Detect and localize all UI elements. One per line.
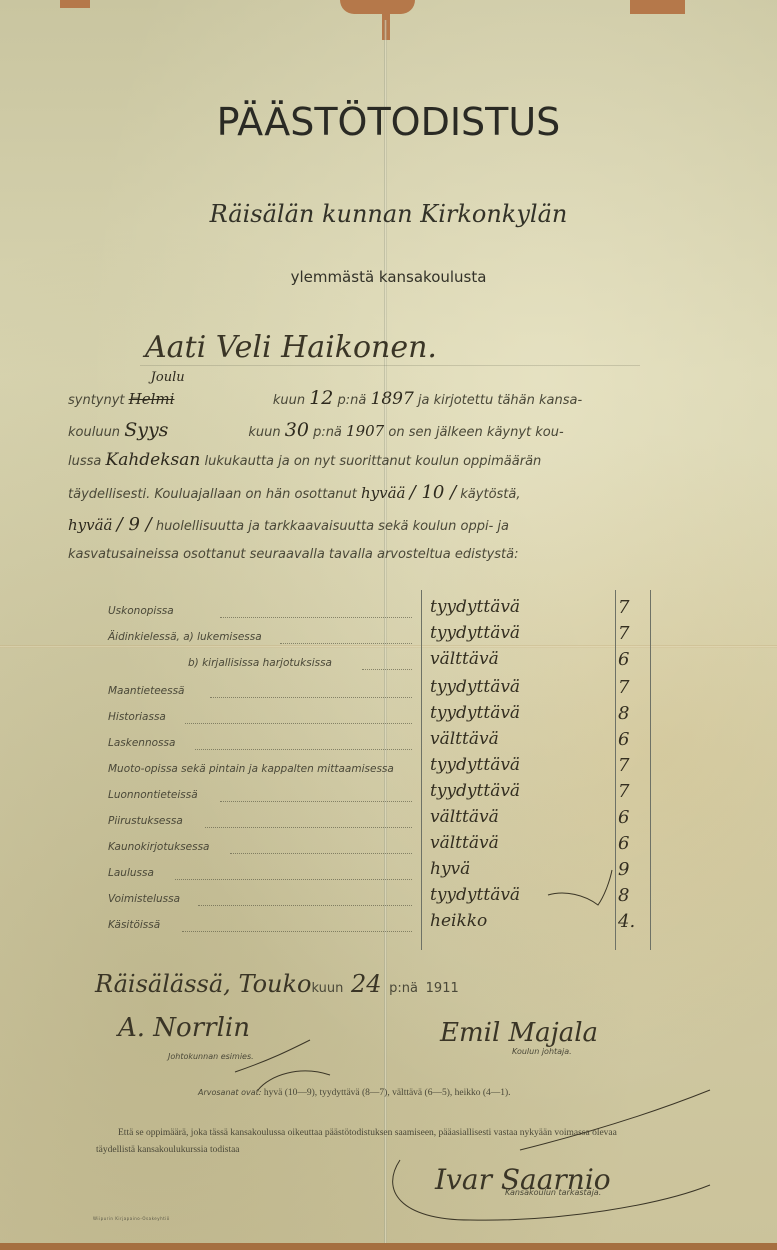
month: Touko xyxy=(238,970,311,998)
years-text: lukukautta ja on nyt suorittanut koulun … xyxy=(205,454,542,469)
born-label: syntynyt xyxy=(68,393,125,408)
grade-row: Muoto-opissa sekä pintain ja kappalten m… xyxy=(100,755,660,781)
grade-row: Historiassa tyydyttävä 8 xyxy=(100,703,660,729)
board-chair-signature: A. Norrlin xyxy=(118,1013,250,1043)
grade-word: tyydyttävä xyxy=(430,781,520,801)
student-name: Aati Veli Haikonen. xyxy=(145,330,437,365)
enroll-month: Syys xyxy=(124,416,244,445)
grade-row: Uskonopissa tyydyttävä 7 xyxy=(100,597,660,623)
torn-edge xyxy=(60,0,90,8)
scale-label: Arvosanat ovat: xyxy=(198,1088,261,1097)
lussa-label: lussa xyxy=(68,454,101,469)
grade-row: Piirustuksessa välttävä 6 xyxy=(100,807,660,833)
grade-number: 6 xyxy=(618,649,629,670)
grade-row: Maantieteessä tyydyttävä 7 xyxy=(100,677,660,703)
paragraph-line-2: kouluun Syys kuun 30 p:nä 1907 on sen jä… xyxy=(68,416,718,447)
kuun-label: kuun xyxy=(273,393,305,408)
dot-leader xyxy=(195,749,412,750)
kuun-label: kuun xyxy=(248,425,280,440)
grade-word: tyydyttävä xyxy=(430,677,520,697)
subject-label: Kaunokirjotuksessa xyxy=(108,841,210,853)
grade-number: 7 xyxy=(618,677,629,698)
dot-leader xyxy=(198,905,412,906)
paragraph-line-3: lussa Kahdeksan lukukautta ja on nyt suo… xyxy=(68,446,718,476)
teacher-signature: Emil Majala xyxy=(440,1018,598,1048)
pna-label: p:nä xyxy=(313,425,342,440)
diligence-label: huolellisuutta ja tarkkaavaisuutta sekä … xyxy=(156,519,509,534)
grade-number: 9 xyxy=(618,859,629,880)
subject-label: Muoto-opissa sekä pintain ja kappalten m… xyxy=(108,763,394,775)
subject-label: Käsitöissä xyxy=(108,919,160,931)
grade-number: 7 xyxy=(618,597,629,618)
grade-row: b) kirjallisissa harjotuksissa välttävä … xyxy=(100,649,660,675)
name-line xyxy=(140,365,640,366)
torn-edge xyxy=(630,0,685,14)
grade-number: 7 xyxy=(618,755,629,776)
after-text: on sen jälkeen käynyt kou- xyxy=(388,425,563,440)
birth-day: 12 xyxy=(309,387,333,409)
years-word: Kahdeksan xyxy=(106,450,201,470)
grade-number: 6 xyxy=(618,833,629,854)
certification-text: Että se oppimäärä, joka tässä kansakoulu… xyxy=(96,1125,656,1159)
paragraph-line-4: täydellisesti. Kouluajallaan on hän osot… xyxy=(68,478,718,509)
grade-word: välttävä xyxy=(430,833,499,853)
birth-month: Joulu xyxy=(151,363,185,392)
grade-row: Voimistelussa tyydyttävä 8 xyxy=(100,885,660,911)
teacher-title: Koulun johtaja. xyxy=(512,1047,572,1056)
place: Räisälässä, xyxy=(95,970,231,998)
bottom-edge xyxy=(0,1243,777,1250)
grade-number: 6 xyxy=(618,729,629,750)
grade-word: välttävä xyxy=(430,649,499,669)
pna-label: p:nä xyxy=(389,981,418,996)
dot-leader xyxy=(362,669,412,670)
place-date: Räisälässä, Toukokuun 24 p:nä 1911 xyxy=(95,970,459,998)
inspector-title: Kansakoulun tarkastaja. xyxy=(505,1188,601,1197)
subject-label: Uskonopissa xyxy=(108,605,174,617)
grade-number: 7 xyxy=(618,623,629,644)
dot-leader xyxy=(220,801,412,802)
conduct-grade-word: hyvää xyxy=(361,484,406,502)
scale-text: hyvä (10—9), tyydyttävä (8—7), välttävä … xyxy=(264,1088,511,1098)
birth-month-field: Helmi Joulu xyxy=(129,385,269,414)
grade-word: tyydyttävä xyxy=(430,623,520,643)
school-type: ylemmästä kansakoulusta xyxy=(0,268,777,286)
birth-year: 1897 xyxy=(371,389,414,409)
paragraph-line-6: kasvatusaineissa osottanut seuraavalla t… xyxy=(68,540,718,569)
birth-month-struck: Helmi xyxy=(129,390,175,408)
grade-number: 7 xyxy=(618,781,629,802)
grade-number: 6 xyxy=(618,807,629,828)
grade-row: Laulussa hyvä 9 xyxy=(100,859,660,885)
dot-leader xyxy=(220,617,412,618)
school-line: Räisälän kunnan Kirkonkylän xyxy=(0,200,777,228)
subject-label: Laskennossa xyxy=(108,737,175,749)
dot-leader xyxy=(210,697,412,698)
printer-mark: Wiipurin Kirjapaino-Osakeyhtiö xyxy=(93,1216,170,1221)
grade-row: Käsitöissä heikko 4. xyxy=(100,911,660,937)
paragraph-line-1: syntynyt Helmi Joulu kuun 12 p:nä 1897 j… xyxy=(68,384,718,414)
enrolled-text: ja kirjotettu tähän kansa- xyxy=(418,393,582,408)
koulun-label: kouluun xyxy=(68,425,120,440)
grade-number: 4. xyxy=(618,911,635,932)
grade-word: välttävä xyxy=(430,729,499,749)
grade-word: välttävä xyxy=(430,807,499,827)
grade-row: Luonnontieteissä tyydyttävä 7 xyxy=(100,781,660,807)
grade-word: hyvä xyxy=(430,859,470,879)
torn-edge xyxy=(340,0,415,14)
dot-leader xyxy=(205,827,412,828)
subject-label: Laulussa xyxy=(108,867,154,879)
board-chair-title: Johtokunnan esimies. xyxy=(168,1052,254,1061)
grade-word: heikko xyxy=(430,911,487,931)
grade-word: tyydyttävä xyxy=(430,703,520,723)
grade-row: Kaunokirjotuksessa välttävä 6 xyxy=(100,833,660,859)
dot-leader xyxy=(182,931,412,932)
grade-word: tyydyttävä xyxy=(430,885,520,905)
complete-text: täydellisesti. Kouluajallaan on hän osot… xyxy=(68,487,357,502)
dot-leader xyxy=(230,853,412,854)
grade-word: tyydyttävä xyxy=(430,597,520,617)
subject-label: Luonnontieteissä xyxy=(108,789,198,801)
enroll-year: 1907 xyxy=(346,422,384,440)
subject-label: Historiassa xyxy=(108,711,166,723)
dot-leader xyxy=(185,723,412,724)
grade-row: Laskennossa välttävä 6 xyxy=(100,729,660,755)
day: 24 xyxy=(351,970,382,998)
subject-label: Maantieteessä xyxy=(108,685,185,697)
pna-label: p:nä xyxy=(338,393,367,408)
subject-label: Äidinkielessä, a) lukemisessa xyxy=(108,631,262,643)
paragraph-line-5: hyvää / 9 / huolellisuutta ja tarkkaavai… xyxy=(68,510,718,541)
dot-leader xyxy=(175,879,412,880)
subject-label: b) kirjallisissa harjotuksissa xyxy=(188,657,332,669)
enroll-day: 30 xyxy=(285,419,309,441)
conduct-grade-num: 10 xyxy=(421,482,444,503)
grade-row: Äidinkielessä, a) lukemisessa tyydyttävä… xyxy=(100,623,660,649)
subject-label: Piirustuksessa xyxy=(108,815,183,827)
grade-number: 8 xyxy=(618,885,629,906)
grade-scale-note: Arvosanat ovat: hyvä (10—9), tyydyttävä … xyxy=(198,1088,511,1098)
document-title: PÄÄSTÖTODISTUS xyxy=(0,100,777,144)
diligence-grade-num: 9 xyxy=(128,514,139,535)
conduct-label: käytöstä, xyxy=(460,487,520,502)
kuun-label: kuun xyxy=(311,981,343,996)
grade-number: 8 xyxy=(618,703,629,724)
diligence-grade-word: hyvää xyxy=(68,516,113,534)
year: 1911 xyxy=(426,981,459,996)
grade-word: tyydyttävä xyxy=(430,755,520,775)
dot-leader xyxy=(280,643,412,644)
subject-label: Voimistelussa xyxy=(108,893,180,905)
final-line: kasvatusaineissa osottanut seuraavalla t… xyxy=(68,547,519,562)
